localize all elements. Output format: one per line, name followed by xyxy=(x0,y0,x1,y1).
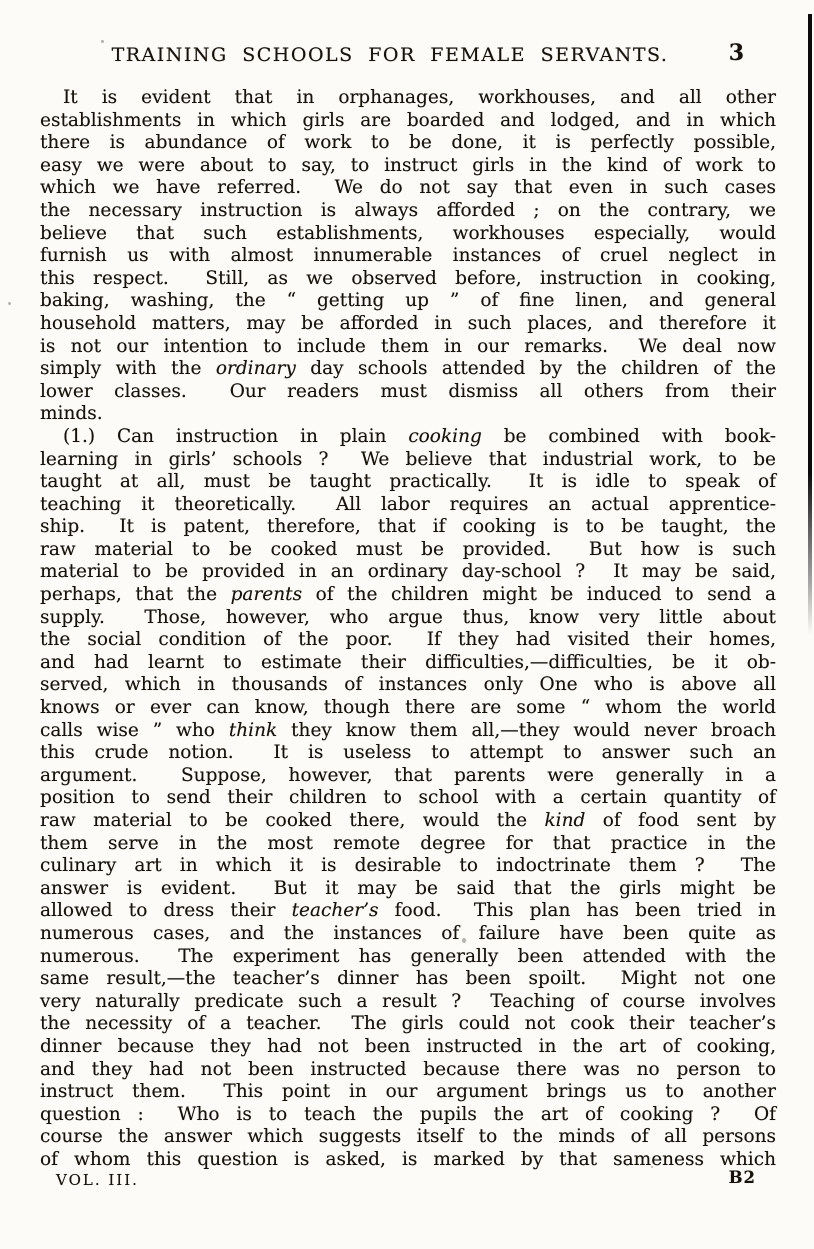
text-line: teaching it theoretically. All labor req… xyxy=(40,494,776,517)
page-body: It is evident that in orphanages, workho… xyxy=(40,87,776,1172)
scan-speck xyxy=(651,1166,653,1168)
text-line: numerous cases, and the instances of fai… xyxy=(40,923,776,946)
text-line: which we have referred. We do not say th… xyxy=(40,177,776,200)
scan-speck xyxy=(101,40,104,43)
text-line: material to be provided in an ordinary d… xyxy=(40,561,776,584)
running-header: TRAINING SCHOOLS FOR FEMALE SERVANTS. xyxy=(40,44,740,66)
text-line: It is evident that in orphanages, workho… xyxy=(40,87,776,110)
text-line: easy we were about to say, to instruct g… xyxy=(40,155,776,178)
text-line: position to send their children to schoo… xyxy=(40,787,776,810)
text-line: calls wise ” who think they know them al… xyxy=(40,720,776,743)
text-line: very naturally predicate such a result ?… xyxy=(40,991,776,1014)
text-line: instruct them. This point in our argumen… xyxy=(40,1081,776,1104)
text-line: and had learnt to estimate their difficu… xyxy=(40,652,776,675)
page-number: 3 xyxy=(729,40,744,66)
text-line: supply. Those, however, who argue thus, … xyxy=(40,607,776,630)
text-line: minds. xyxy=(40,403,776,426)
text-line: knows or ever can know, though there are… xyxy=(40,697,776,720)
text-line: simply with the ordinary day schools att… xyxy=(40,358,776,381)
text-line: raw material to be cooked must be provid… xyxy=(40,539,776,562)
text-line: taught at all, must be taught practicall… xyxy=(40,471,776,494)
scan-edge-line xyxy=(808,14,812,634)
text-line: the necessary instruction is always affo… xyxy=(40,200,776,223)
text-line: the social condition of the poor. If the… xyxy=(40,629,776,652)
text-line: culinary art in which it is desirable to… xyxy=(40,855,776,878)
text-line: of whom this question is asked, is marke… xyxy=(40,1149,776,1172)
scan-speck xyxy=(529,96,531,98)
text-line: raw material to be cooked there, would t… xyxy=(40,810,776,833)
text-line: learning in girls’ schools ? We believe … xyxy=(40,449,776,472)
text-line: allowed to dress their teacher’s food. T… xyxy=(40,900,776,923)
text-line: argument. Suppose, however, that parents… xyxy=(40,765,776,788)
text-line: and they had not been instructed because… xyxy=(40,1059,776,1082)
scanned-page: TRAINING SCHOOLS FOR FEMALE SERVANTS. 3 … xyxy=(0,0,814,1249)
text-line: baking, washing, the “ getting up ” of f… xyxy=(40,290,776,313)
footer-volume: VOL. III. xyxy=(56,1171,139,1189)
text-line: furnish us with almost innumerable insta… xyxy=(40,245,776,268)
text-line: numerous. The experiment has generally b… xyxy=(40,946,776,969)
text-line: believe that such establishments, workho… xyxy=(40,223,776,246)
text-line: (1.) Can instruction in plain cooking be… xyxy=(40,426,776,449)
text-line: household matters, may be afforded in su… xyxy=(40,313,776,336)
text-line: establishments in which girls are boarde… xyxy=(40,110,776,133)
scan-speck xyxy=(462,938,466,943)
text-line: lower classes. Our readers must dismiss … xyxy=(40,381,776,404)
text-line: is not our intention to include them in … xyxy=(40,336,776,359)
text-line: ship. It is patent, therefore, that if c… xyxy=(40,516,776,539)
scan-speck xyxy=(8,302,11,305)
text-line: course the answer which suggests itself … xyxy=(40,1126,776,1149)
text-line: this respect. Still, as we observed befo… xyxy=(40,268,776,291)
text-line: there is abundance of work to be done, i… xyxy=(40,132,776,155)
text-line: them serve in the most remote degree for… xyxy=(40,833,776,856)
footer-signature: B2 xyxy=(729,1168,756,1187)
text-line: this crude notion. It is useless to atte… xyxy=(40,742,776,765)
text-line: the necessity of a teacher. The girls co… xyxy=(40,1013,776,1036)
text-line: dinner because they had not been instruc… xyxy=(40,1036,776,1059)
text-line: question : Who is to teach the pupils th… xyxy=(40,1104,776,1127)
text-line: served, which in thousands of instances … xyxy=(40,674,776,697)
text-line: perhaps, that the parents of the childre… xyxy=(40,584,776,607)
text-line: answer is evident. But it may be said th… xyxy=(40,878,776,901)
text-line: same result,—the teacher’s dinner has be… xyxy=(40,968,776,991)
